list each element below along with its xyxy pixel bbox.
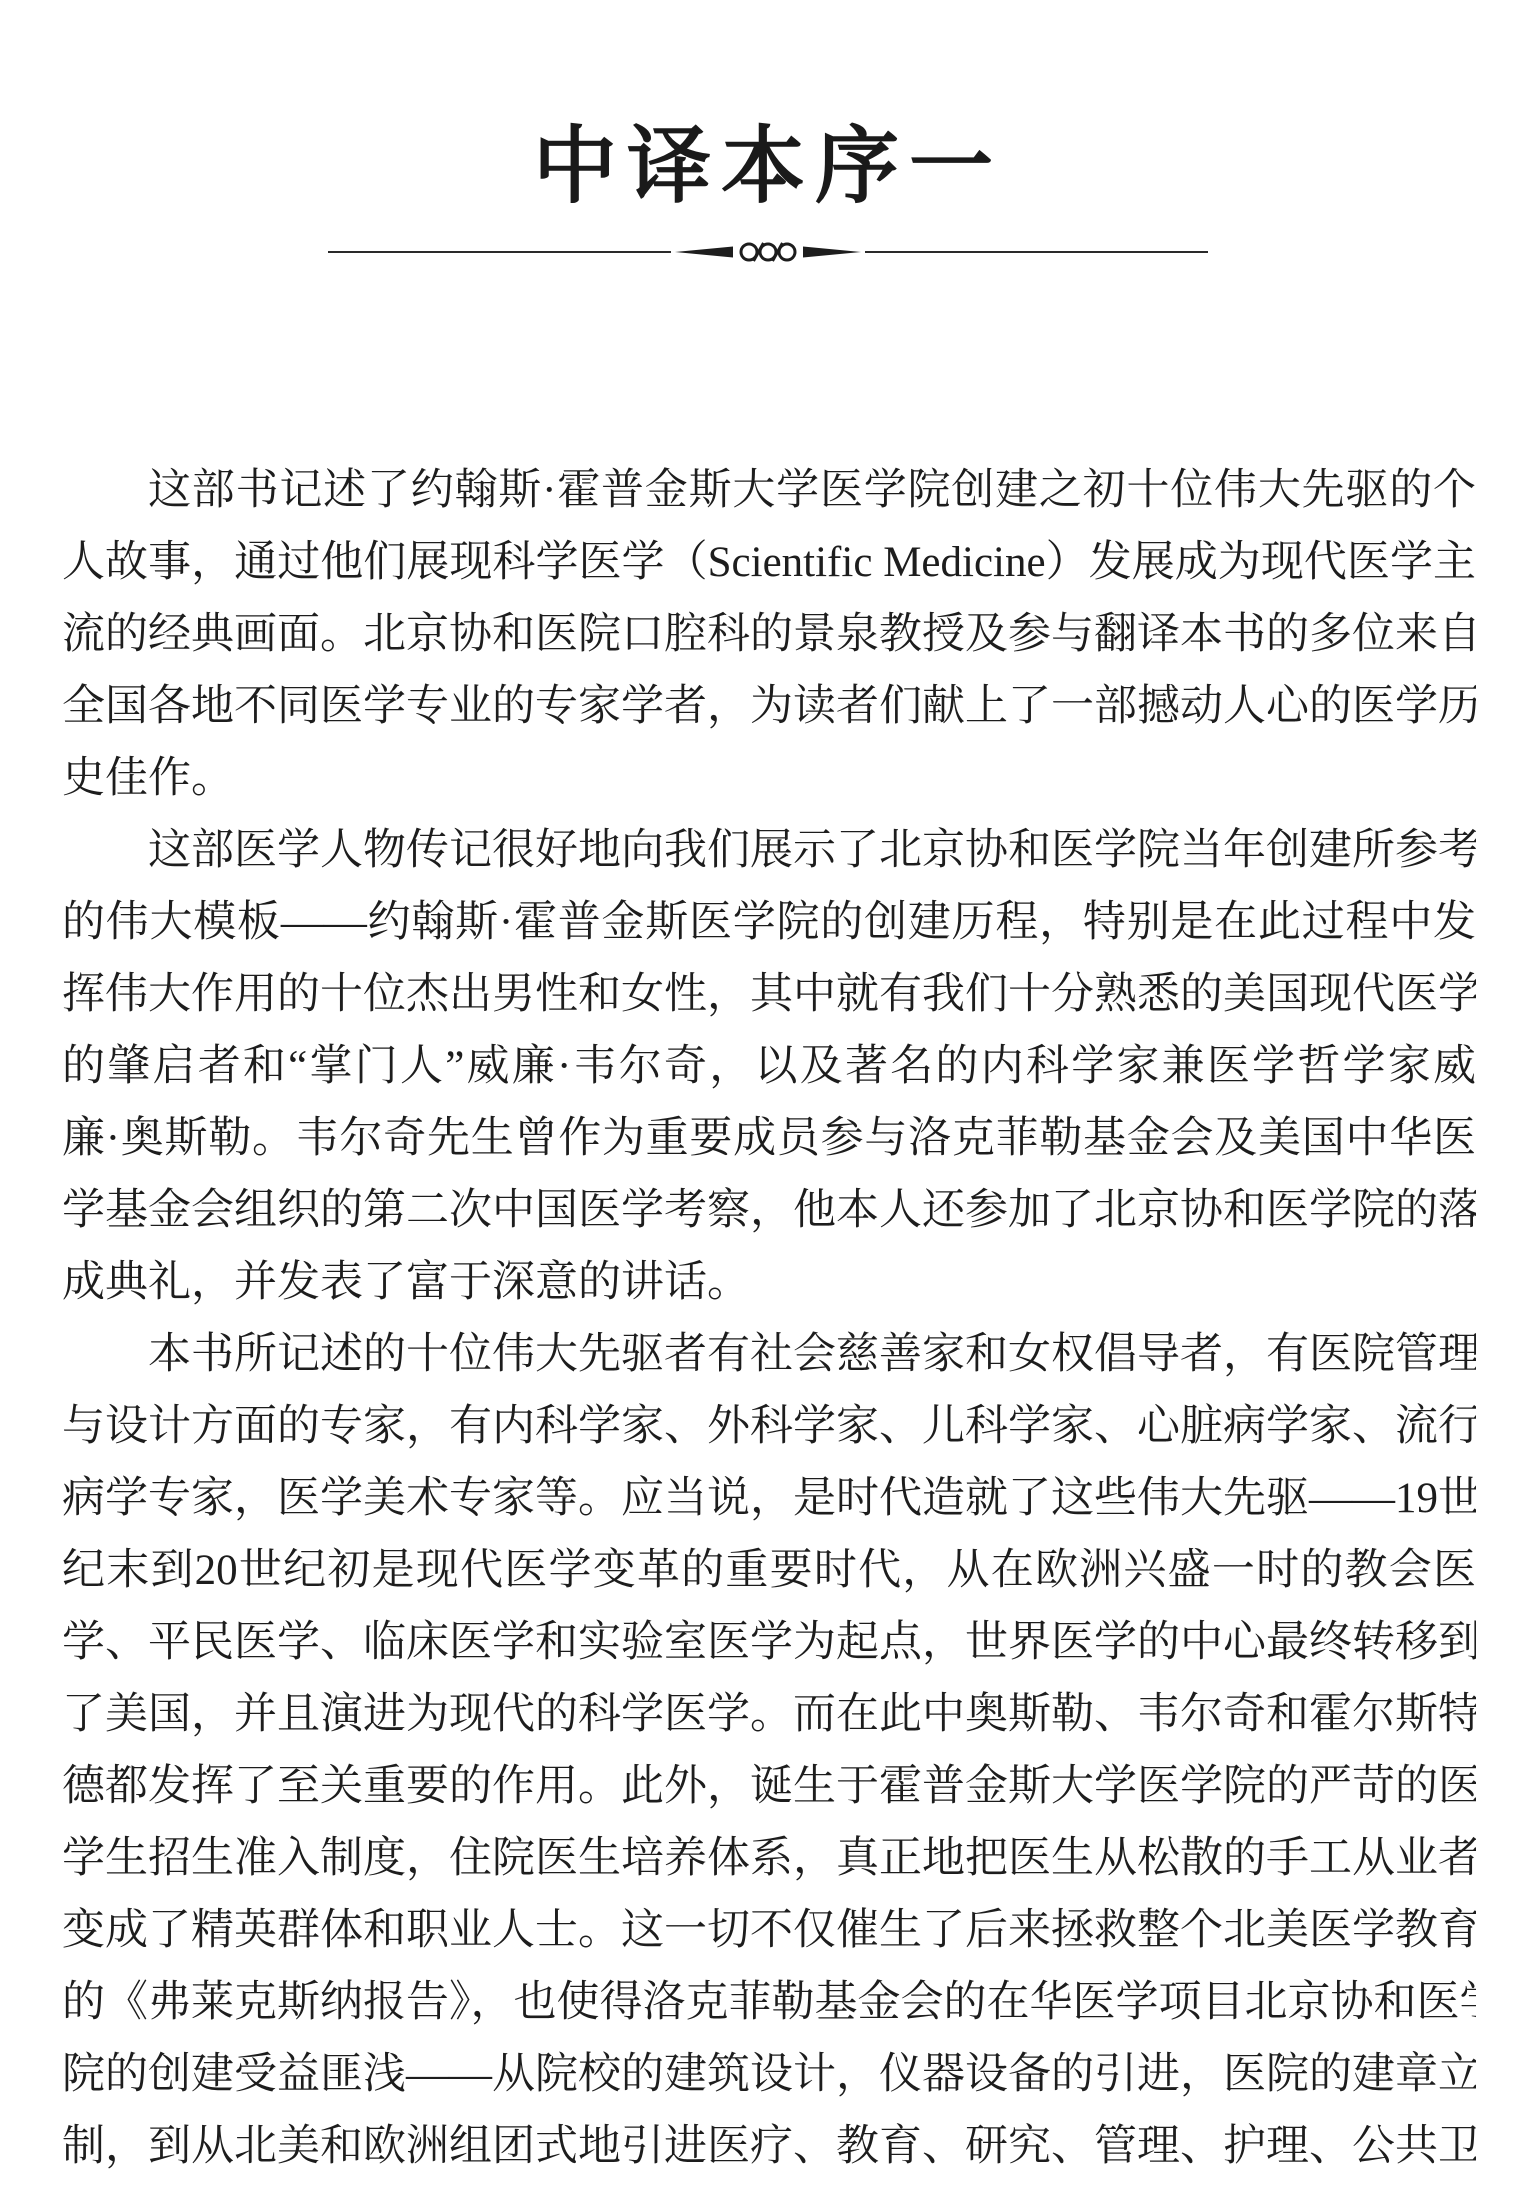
text-line: 廉·奥斯勒。韦尔奇先生曾作为重要成员参与洛克菲勒基金会及美国中华医	[62, 1103, 1476, 1175]
text-line: 制，到从北美和欧洲组团式地引进医疗、教育、研究、管理、护理、公共卫	[62, 2111, 1476, 2183]
text-line: 的伟大模板——约翰斯·霍普金斯医学院的创建历程，特别是在此过程中发	[62, 887, 1476, 959]
text-line: 学基金会组织的第二次中国医学考察，他本人还参加了北京协和医学院的落	[62, 1175, 1476, 1247]
paragraph: 这部书记述了约翰斯·霍普金斯大学医学院创建之初十位伟大先驱的个 人故事，通过他们…	[62, 455, 1476, 815]
paragraph: 本书所记述的十位伟大先驱者有社会慈善家和女权倡导者，有医院管理 与设计方面的专家…	[62, 1319, 1476, 2183]
paragraph: 这部医学人物传记很好地向我们展示了北京协和医学院当年创建所参考 的伟大模板——约…	[62, 815, 1476, 1319]
text-line: 的《弗莱克斯纳报告》，也使得洛克菲勒基金会的在华医学项目北京协和医学	[62, 1967, 1476, 2039]
text-line: 院的创建受益匪浅——从院校的建筑设计，仪器设备的引进，医院的建章立	[62, 2039, 1476, 2111]
title-divider	[328, 238, 1208, 266]
text-line: 挥伟大作用的十位杰出男性和女性，其中就有我们十分熟悉的美国现代医学	[62, 959, 1476, 1031]
book-page: 中译本序一 这部书记述了约翰斯·霍普金斯大学医学院创建之初十位伟大先驱的个 人故…	[0, 0, 1536, 2190]
text-line: 德都发挥了至关重要的作用。此外，诞生于霍普金斯大学医学院的严苛的医	[62, 1751, 1476, 1823]
text-line: 这部医学人物传记很好地向我们展示了北京协和医学院当年创建所参考	[62, 815, 1476, 887]
divider-line-left	[328, 251, 671, 253]
text-line: 人故事，通过他们展现科学医学（Scientific Medicine）发展成为现…	[62, 527, 1476, 599]
text-line: 学生招生准入制度，住院医生培养体系，真正地把医生从松散的手工从业者	[62, 1823, 1476, 1895]
text-line: 史佳作。	[62, 743, 1476, 815]
text-line: 全国各地不同医学专业的专家学者，为读者们献上了一部撼动人心的医学历	[62, 671, 1476, 743]
text-line: 这部书记述了约翰斯·霍普金斯大学医学院创建之初十位伟大先驱的个	[62, 455, 1476, 527]
text-line: 学、平民医学、临床医学和实验室医学为起点，世界医学的中心最终转移到	[62, 1607, 1476, 1679]
text-line: 了美国，并且演进为现代的科学医学。而在此中奥斯勒、韦尔奇和霍尔斯特	[62, 1679, 1476, 1751]
preface-body: 这部书记述了约翰斯·霍普金斯大学医学院创建之初十位伟大先驱的个 人故事，通过他们…	[62, 455, 1476, 2183]
chapter-title: 中译本序一	[0, 126, 1536, 210]
text-line: 变成了精英群体和职业人士。这一切不仅催生了后来拯救整个北美医学教育	[62, 1895, 1476, 1967]
text-line: 的肇启者和“掌门人”威廉·韦尔奇，以及著名的内科学家兼医学哲学家威	[62, 1031, 1476, 1103]
text-line: 纪末到20世纪初是现代医学变革的重要时代，从在欧洲兴盛一时的教会医	[62, 1535, 1476, 1607]
text-line: 成典礼，并发表了富于深意的讲话。	[62, 1247, 1476, 1319]
text-line: 与设计方面的专家，有内科学家、外科学家、儿科学家、心脏病学家、流行	[62, 1391, 1476, 1463]
text-line: 本书所记述的十位伟大先驱者有社会慈善家和女权倡导者，有医院管理	[62, 1319, 1476, 1391]
scroll-ornament-icon	[673, 237, 863, 267]
text-line: 病学专家，医学美术专家等。应当说，是时代造就了这些伟大先驱——19世	[62, 1463, 1476, 1535]
text-line: 流的经典画面。北京协和医院口腔科的景泉教授及参与翻译本书的多位来自	[62, 599, 1476, 671]
divider-line-right	[865, 251, 1208, 253]
